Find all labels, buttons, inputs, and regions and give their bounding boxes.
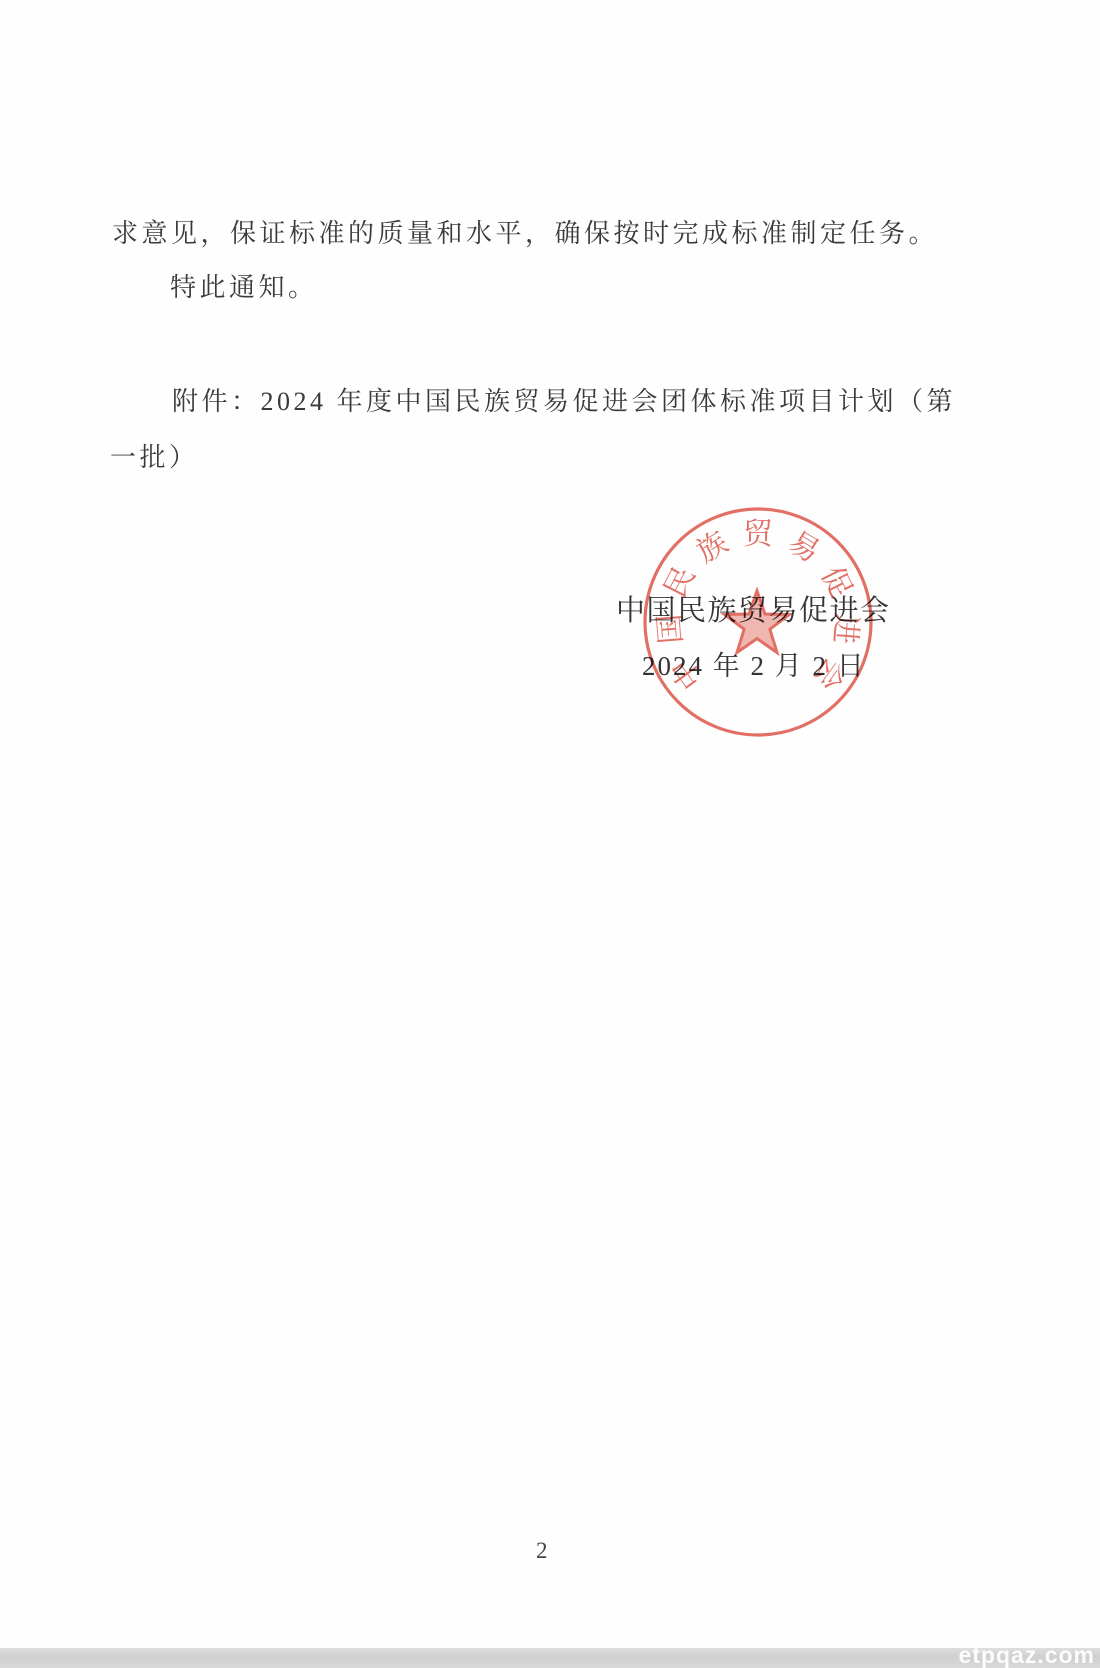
svg-text:贸: 贸 xyxy=(743,518,774,551)
signature-organization: 中国民族贸易促进会 xyxy=(616,588,891,629)
attachment-line-1: 附件：2024 年度中国民族贸易促进会团体标准项目计划（第 xyxy=(172,386,956,419)
svg-text:族: 族 xyxy=(691,525,734,569)
signature-date: 2024 年 2 月 2 日 xyxy=(642,644,866,683)
svg-text:易: 易 xyxy=(782,525,825,569)
body-paragraph-line-2: 特此通知。 xyxy=(170,272,318,305)
bottom-bar xyxy=(0,1648,1100,1668)
body-paragraph-line-1: 求意见，保证标准的质量和水平，确保按时完成标准制定任务。 xyxy=(112,218,938,251)
attachment-line-2: 一批） xyxy=(110,442,199,475)
document-page: 求意见，保证标准的质量和水平，确保按时完成标准制定任务。 特此通知。 附件：20… xyxy=(0,0,1100,1668)
page-number: 2 xyxy=(536,1538,548,1564)
watermark-text: etpqaz.com xyxy=(958,1642,1095,1668)
